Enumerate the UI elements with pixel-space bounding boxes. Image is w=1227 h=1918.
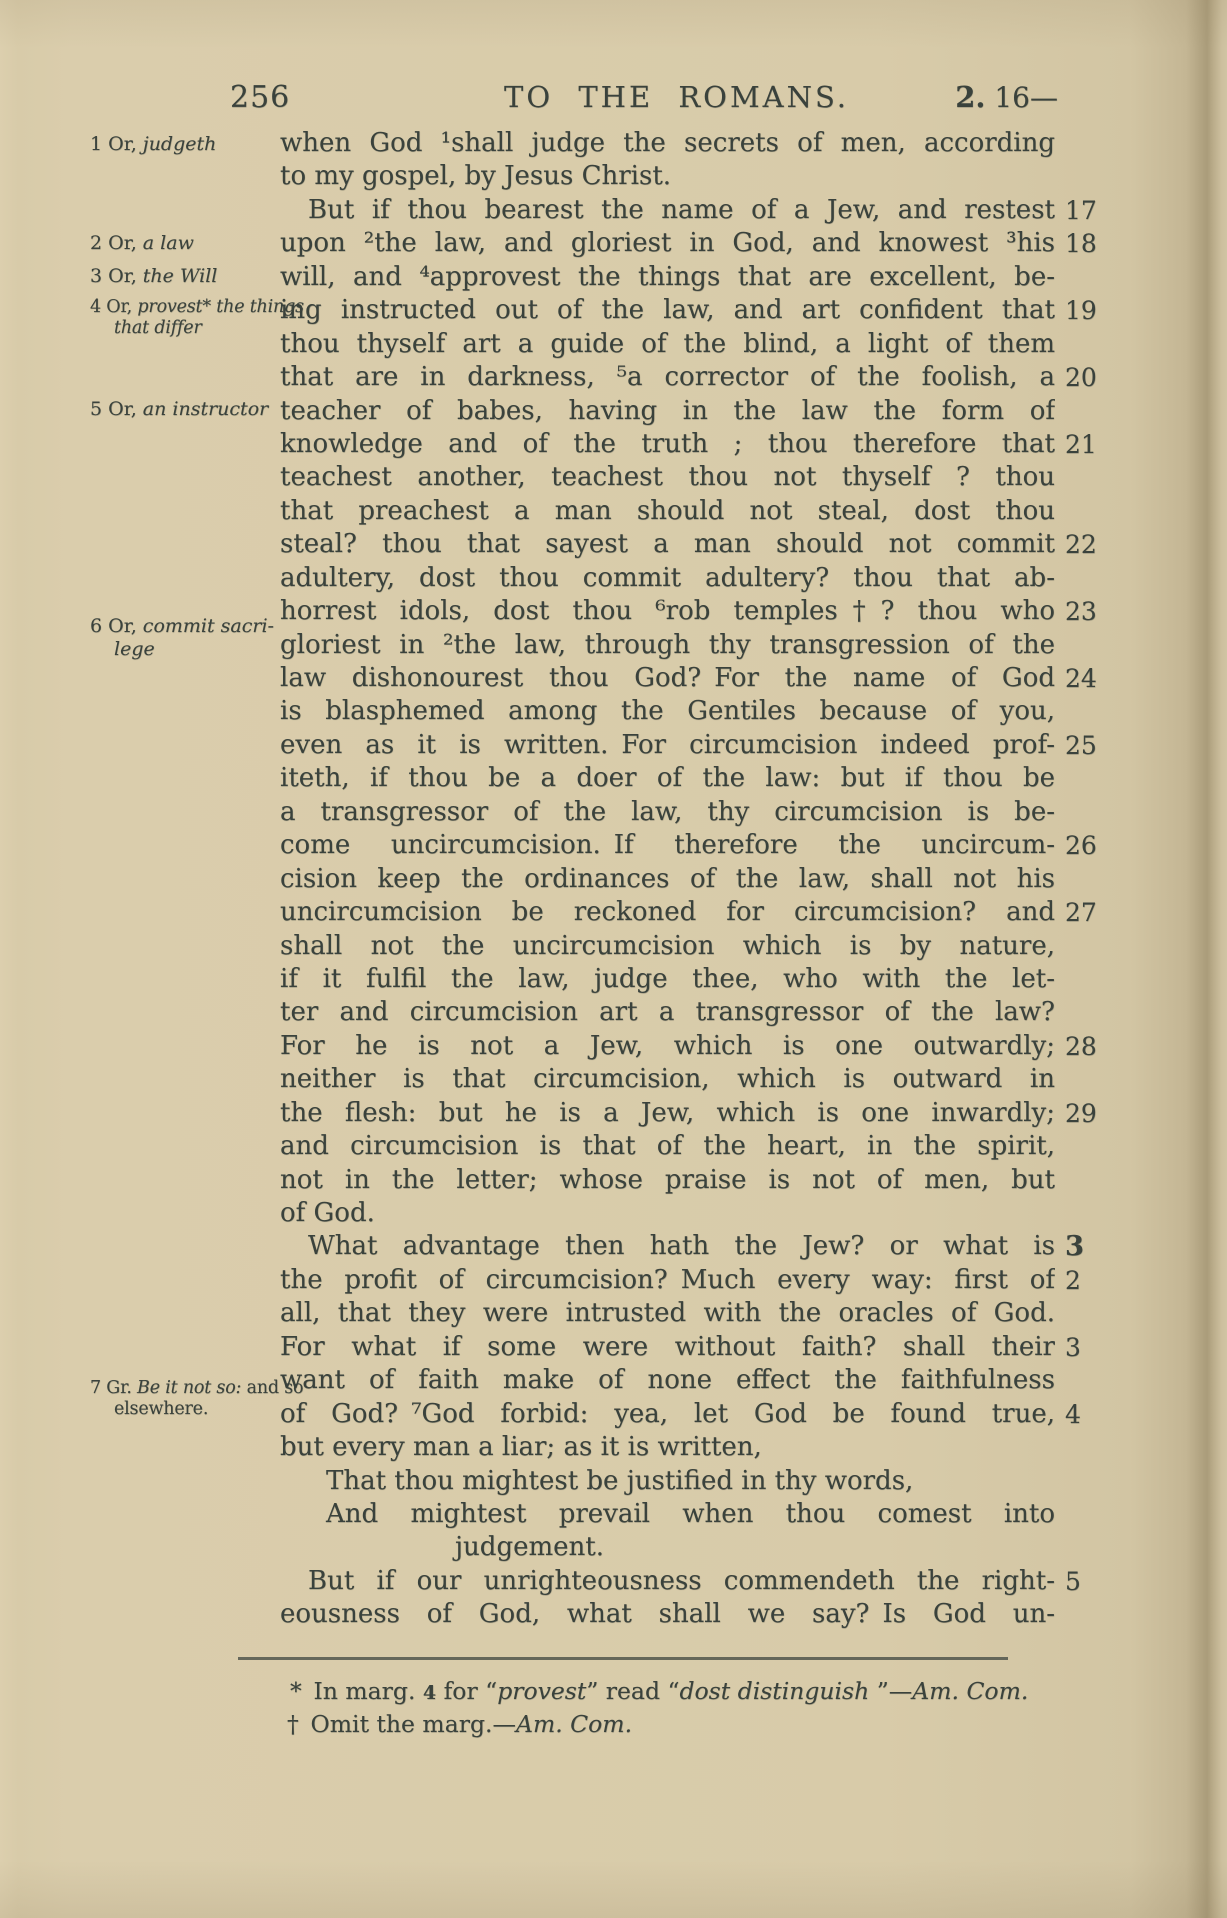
- verse-number: 17: [1055, 194, 1117, 227]
- verse-number: 4: [1055, 1398, 1117, 1431]
- verse-number: 5: [1055, 1565, 1117, 1598]
- text-line: ter and circumcision art a transgressor …: [68, 996, 1143, 1029]
- note-reading: an instructor: [143, 398, 268, 420]
- footnote-star-mid2: ” read “: [586, 1677, 679, 1705]
- line-text: when God ¹shall judge the secrets of men…: [280, 127, 1055, 160]
- line-text: a transgressor of the law, thy circumcis…: [280, 796, 1055, 829]
- line-text: For what if some were without faith? sha…: [280, 1331, 1055, 1364]
- verse-number: [1055, 1063, 1117, 1096]
- line-text: even as it is written. For circumcision …: [280, 729, 1055, 762]
- margin-note: 7 Gr. Be it not so: and so elsewhere.: [90, 1378, 304, 1420]
- text-line: not in the letter; whose praise is not o…: [68, 1164, 1143, 1197]
- text-line: that preachest a man should not steal, d…: [68, 495, 1143, 528]
- footnote-divider: [238, 1657, 1008, 1660]
- margin-note: 5 Or, an instructor: [90, 398, 304, 421]
- verse-number: 2: [1055, 1264, 1117, 1297]
- text-line: a transgressor of the law, thy circumcis…: [68, 796, 1143, 829]
- text-line: eousness of God, what shall we say? Is G…: [68, 1598, 1143, 1631]
- note-label: Or,: [108, 398, 143, 420]
- text-line: even as it is written. For circumcision …: [68, 729, 1143, 762]
- line-text: ing instructed out of the law, and art c…: [280, 294, 1055, 327]
- text-line: knowledge and of the truth ; thou theref…: [68, 428, 1143, 461]
- line-text: iteth, if thou be a doer of the law: but…: [280, 762, 1055, 795]
- verse-number: 21: [1055, 428, 1117, 461]
- line-text: That thou mightest be justified in thy w…: [280, 1465, 1055, 1498]
- note-reading: provest* the things that differ: [114, 297, 309, 338]
- verse-number: 19: [1055, 294, 1117, 327]
- verse-number: [1055, 461, 1117, 494]
- text-line: all, that they were intrusted with the o…: [68, 1297, 1143, 1330]
- verse-number: [1055, 495, 1117, 528]
- verse-number: [1055, 160, 1117, 193]
- verse-number: 26: [1055, 829, 1117, 862]
- line-text: the profit of circumcision? Much every w…: [280, 1264, 1055, 1297]
- note-reading: Be it not so:: [137, 1378, 241, 1398]
- line-text: to my gospel, by Jesus Christ.: [280, 160, 1055, 193]
- line-text: the flesh: but he is a Jew, which is one…: [280, 1097, 1055, 1130]
- verse-number: [1055, 930, 1117, 963]
- line-text: What advantage then hath the Jew? or wha…: [280, 1230, 1055, 1263]
- line-text: But if our unrighteousness commendeth th…: [280, 1565, 1055, 1598]
- note-label: Or,: [108, 615, 143, 637]
- note-reading: judgeth: [143, 133, 217, 155]
- verse-number: 3: [1055, 1230, 1117, 1263]
- verse-number: 27: [1055, 896, 1117, 929]
- line-text: For he is not a Jew, which is one outwar…: [280, 1030, 1055, 1063]
- footnote-star: * In marg. 4 for “provest” read “dost di…: [290, 1676, 1030, 1709]
- text-line: That thou mightest be justified in thy w…: [68, 1465, 1143, 1498]
- ref-chapter: 2.: [955, 80, 985, 114]
- note-number: 2: [90, 232, 108, 254]
- page-number: 256: [230, 80, 360, 115]
- verse-number: 3: [1055, 1331, 1117, 1364]
- text-line: and circumcision is that of the heart, i…: [68, 1130, 1143, 1163]
- verse-number: [1055, 1164, 1117, 1197]
- line-text: teachest another, teachest thou not thys…: [280, 461, 1055, 494]
- note-reading: the Will: [143, 265, 218, 287]
- verse-number: [1055, 996, 1117, 1029]
- text-line: judgement.: [68, 1531, 1143, 1564]
- text-line: shall not the uncircumcision which is by…: [68, 930, 1143, 963]
- line-text: shall not the uncircumcision which is by…: [280, 930, 1055, 963]
- ref-verse-range: 16—: [985, 81, 1058, 114]
- line-text: eousness of God, what shall we say? Is G…: [280, 1598, 1055, 1631]
- text-line: But if thou bearest the name of a Jew, a…: [68, 194, 1143, 227]
- text-line: that are in darkness, ⁵a corrector of th…: [68, 361, 1143, 394]
- footnote-dagger-source: Am. Com.: [516, 1710, 632, 1738]
- verse-number: [1055, 1431, 1117, 1464]
- verse-number: [1055, 395, 1117, 428]
- verse-number: [1055, 1130, 1117, 1163]
- text-line: teachest another, teachest thou not thys…: [68, 461, 1143, 494]
- note-reading: a law: [143, 232, 194, 254]
- line-text: law dishonourest thou God? For the name …: [280, 662, 1055, 695]
- footnote-star-lead: * In marg.: [290, 1677, 423, 1705]
- line-text: adultery, dost thou commit adultery? tho…: [280, 562, 1055, 595]
- line-text: if it fulfil the law, judge thee, who wi…: [280, 963, 1055, 996]
- verse-number: [1055, 562, 1117, 595]
- line-text: that preachest a man should not steal, d…: [280, 495, 1055, 528]
- footnote-star-marg-num: 4: [423, 1682, 436, 1704]
- note-label: Or,: [108, 232, 143, 254]
- verse-number: 29: [1055, 1097, 1117, 1130]
- line-text: cision keep the ordinances of the law, s…: [280, 863, 1055, 896]
- line-text: is blasphemed among the Gentiles because…: [280, 695, 1055, 728]
- page-header: 256 TO THE ROMANS. 2. 16—: [230, 80, 1058, 115]
- verse-number: 24: [1055, 662, 1117, 695]
- scripture-text-block: when God ¹shall judge the secrets of men…: [68, 127, 1143, 1657]
- note-number: 6: [90, 615, 108, 637]
- text-line: For what if some were without faith? sha…: [68, 1331, 1143, 1364]
- line-text: but every man a liar; as it is written,: [280, 1431, 1055, 1464]
- note-number: 5: [90, 398, 108, 420]
- verse-number: [1055, 762, 1117, 795]
- note-label: Or,: [106, 297, 137, 317]
- text-line: neither is that circumcision, which is o…: [68, 1063, 1143, 1096]
- line-text: all, that they were intrusted with the o…: [280, 1297, 1055, 1330]
- line-text: teacher of babes, having in the law the …: [280, 395, 1055, 428]
- text-line: law dishonourest thou God? For the name …: [68, 662, 1143, 695]
- line-text: of God? ⁷God forbid: yea, let God be fou…: [280, 1398, 1055, 1431]
- footnote-dagger-lead: † Omit the marg.—: [287, 1710, 516, 1738]
- verse-number: 20: [1055, 361, 1117, 394]
- chapter-verse-ref: 2. 16—: [898, 80, 1058, 114]
- verse-number: [1055, 1297, 1117, 1330]
- text-line: adultery, dost thou commit adultery? tho…: [68, 562, 1143, 595]
- verse-number: 18: [1055, 227, 1117, 260]
- verse-number: [1055, 1531, 1117, 1564]
- line-text: horrest idols, dost thou ⁶rob temples†? …: [280, 595, 1055, 628]
- text-line: iteth, if thou be a doer of the law: but…: [68, 762, 1143, 795]
- verse-number: [1055, 261, 1117, 294]
- line-text: that are in darkness, ⁵a corrector of th…: [280, 361, 1055, 394]
- book-page-scan: 256 TO THE ROMANS. 2. 16— when God ¹shal…: [0, 0, 1227, 1918]
- footnote-star-word1: provest: [497, 1677, 586, 1705]
- text-line: of God.: [68, 1197, 1143, 1230]
- footnote-star-word2: dost distinguish: [679, 1677, 869, 1705]
- text-line: come uncircumcision. If therefore the un…: [68, 829, 1143, 862]
- verse-number: 28: [1055, 1030, 1117, 1063]
- line-text: But if thou bearest the name of a Jew, a…: [280, 194, 1055, 227]
- line-text: knowledge and of the truth ; thou theref…: [280, 428, 1055, 461]
- verse-number: [1055, 1465, 1117, 1498]
- note-number: 4: [90, 297, 106, 317]
- line-text: come uncircumcision. If therefore the un…: [280, 829, 1055, 862]
- margin-note: 2 Or, a law: [90, 232, 304, 255]
- text-line: But if our unrighteousness commendeth th…: [68, 1565, 1143, 1598]
- text-line: What advantage then hath the Jew? or wha…: [68, 1230, 1143, 1263]
- line-text: and circumcision is that of the heart, i…: [280, 1130, 1055, 1163]
- verse-number: [1055, 796, 1117, 829]
- margin-note: 6 Or, commit sacri-lege: [90, 615, 304, 661]
- line-text: steal? thou that sayest a man should not…: [280, 528, 1055, 561]
- running-title: TO THE ROMANS.: [455, 80, 898, 114]
- footnote-star-source: Am. Com.: [912, 1677, 1028, 1705]
- line-text: thou thyself art a guide of the blind, a…: [280, 328, 1055, 361]
- margin-note: 4 Or, provest* the things that differ: [90, 297, 304, 339]
- text-line: And mightest prevail when thou comest in…: [68, 1498, 1143, 1531]
- verse-number: [1055, 1598, 1117, 1631]
- margin-note: 3 Or, the Will: [90, 265, 304, 288]
- verse-number: [1055, 1364, 1117, 1397]
- margin-note: 1 Or, judgeth: [90, 133, 304, 156]
- text-line: cision keep the ordinances of the law, s…: [68, 863, 1143, 896]
- line-text: neither is that circumcision, which is o…: [280, 1063, 1055, 1096]
- line-text: uncircumcision be reckoned for circumcis…: [280, 896, 1055, 929]
- text-line: the flesh: but he is a Jew, which is one…: [68, 1097, 1143, 1130]
- text-line: is blasphemed among the Gentiles because…: [68, 695, 1143, 728]
- text-line: if it fulfil the law, judge thee, who wi…: [68, 963, 1143, 996]
- verse-number: [1055, 863, 1117, 896]
- line-text: ter and circumcision art a transgressor …: [280, 996, 1055, 1029]
- line-text: judgement.: [280, 1531, 1055, 1564]
- note-label: Gr.: [106, 1378, 137, 1398]
- line-text: gloriest in ²the law, through thy transg…: [280, 629, 1055, 662]
- footnote-star-mid1: for “: [436, 1677, 497, 1705]
- line-text: And mightest prevail when thou comest in…: [280, 1498, 1055, 1531]
- line-text: will, and ⁴approvest the things that are…: [280, 261, 1055, 294]
- text-line: For he is not a Jew, which is one outwar…: [68, 1030, 1143, 1063]
- footnote-dagger: † Omit the marg.—Am. Com.: [287, 1709, 1027, 1740]
- text-line: the profit of circumcision? Much every w…: [68, 1264, 1143, 1297]
- verse-number: 22: [1055, 528, 1117, 561]
- verse-number: [1055, 695, 1117, 728]
- text-line: uncircumcision be reckoned for circumcis…: [68, 896, 1143, 929]
- note-label: Or,: [108, 133, 143, 155]
- line-text: want of faith make of none effect the fa…: [280, 1364, 1055, 1397]
- verse-number: [1055, 1498, 1117, 1531]
- note-number: 1: [90, 133, 108, 155]
- text-line: to my gospel, by Jesus Christ.: [68, 160, 1143, 193]
- text-line: steal? thou that sayest a man should not…: [68, 528, 1143, 561]
- line-text: upon ²the law, and gloriest in God, and …: [280, 227, 1055, 260]
- verse-number: [1055, 963, 1117, 996]
- line-text: of God.: [280, 1197, 1055, 1230]
- verse-number: [1055, 1197, 1117, 1230]
- line-text: not in the letter; whose praise is not o…: [280, 1164, 1055, 1197]
- verse-number: [1055, 328, 1117, 361]
- note-number: 7: [90, 1378, 106, 1398]
- verse-number: [1055, 629, 1117, 662]
- text-line: but every man a liar; as it is written,: [68, 1431, 1143, 1464]
- verse-number: 23: [1055, 595, 1117, 628]
- footnote-star-mid3: ”—: [869, 1677, 912, 1705]
- note-label: Or,: [108, 265, 143, 287]
- verse-number: 25: [1055, 729, 1117, 762]
- verse-number: [1055, 127, 1117, 160]
- note-number: 3: [90, 265, 108, 287]
